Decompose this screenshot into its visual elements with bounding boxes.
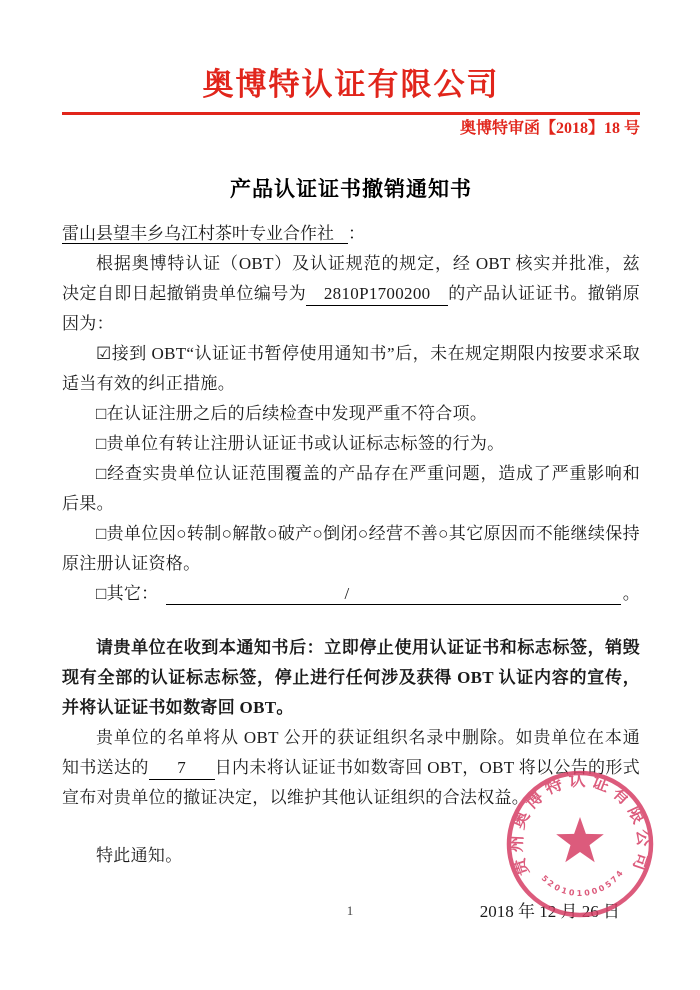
notice-title: 产品认证证书撤销通知书 (62, 175, 640, 205)
notice-body: 雷山县望丰乡乌江村茶叶专业合作社： 根据奥博特认证（OBT）及认证规范的规定，经… (62, 219, 640, 927)
removal-paragraph: 贵单位的名单将从 OBT 公开的获证组织名录中删除。如贵单位在本通知书送达的7日… (62, 723, 640, 813)
page-number: 1 (347, 903, 354, 918)
document-page: 奥博特认证有限公司 奥博特审函【2018】18 号 产品认证证书撤销通知书 雷山… (0, 0, 700, 990)
checkbox-unchecked-icon: □ (96, 434, 107, 453)
reason-text: 接到 OBT“认证证书暂停使用通知书”后，未在规定期限内按要求采取适当有效的纠正… (62, 344, 640, 393)
reason-text: 在认证注册之后的后续检查中发现严重不符合项。 (107, 404, 488, 423)
page-footer: 1 (0, 903, 700, 919)
other-label: 其它： (107, 579, 159, 609)
intro-paragraph: 根据奥博特认证（OBT）及认证规范的规定，经 OBT 核实并批准，兹决定自即日起… (62, 249, 640, 339)
doc-reference-number: 奥博特审函【2018】18 号 (62, 115, 640, 143)
reason-text: 贵单位因○转制○解散○破产○倒闭○经营不善○其它原因而不能继续保持原注册认证资格… (62, 524, 640, 573)
closing-line: 特此通知。 (62, 841, 640, 871)
reason-item-other: □其它：/。 (62, 579, 640, 609)
other-blank-line: / (166, 584, 620, 605)
recipient-line: 雷山县望丰乡乌江村茶叶专业合作社： (62, 219, 640, 249)
checkbox-unchecked-icon: □ (96, 524, 107, 543)
recipient-name: 雷山县望丰乡乌江村茶叶专业合作社 (62, 224, 348, 244)
recipient-colon: ： (348, 224, 365, 243)
checkbox-checked-icon: ☑ (96, 344, 112, 363)
instruction-paragraph: 请贵单位在收到本通知书后：立即停止使用认证证书和标志标签，销毁现有全部的认证标志… (62, 633, 640, 723)
reason-item-suspension: ☑接到 OBT“认证证书暂停使用通知书”后，未在规定期限内按要求采取适当有效的纠… (62, 339, 640, 399)
reason-item-dissolution: □贵单位因○转制○解散○破产○倒闭○经营不善○其它原因而不能继续保持原注册认证资… (62, 519, 640, 579)
checkbox-unchecked-icon: □ (96, 579, 107, 609)
other-period: 。 (623, 579, 640, 609)
company-name: 奥博特认证有限公司 (62, 64, 640, 106)
reason-item-transfer: □贵单位有转让注册认证证书或认证标志标签的行为。 (62, 429, 640, 459)
other-slash: / (166, 584, 349, 603)
certificate-number: 2810P1700200 (324, 284, 431, 303)
days-value: 7 (177, 758, 186, 777)
reason-item-product-problem: □经查实贵单位认证范围覆盖的产品存在严重问题，造成了严重影响和后果。 (62, 459, 640, 519)
checkbox-unchecked-icon: □ (96, 404, 107, 423)
letterhead: 奥博特认证有限公司 奥博特审函【2018】18 号 (62, 64, 640, 143)
checkbox-unchecked-icon: □ (96, 464, 107, 483)
reason-text: 贵单位有转让注册认证证书或认证标志标签的行为。 (107, 434, 505, 453)
reason-text: 经查实贵单位认证范围覆盖的产品存在严重问题，造成了严重影响和后果。 (62, 464, 640, 513)
certificate-number-blank: 2810P1700200 (306, 283, 448, 306)
reason-item-nonconformity: □在认证注册之后的后续检查中发现严重不符合项。 (62, 399, 640, 429)
days-blank: 7 (149, 757, 215, 780)
